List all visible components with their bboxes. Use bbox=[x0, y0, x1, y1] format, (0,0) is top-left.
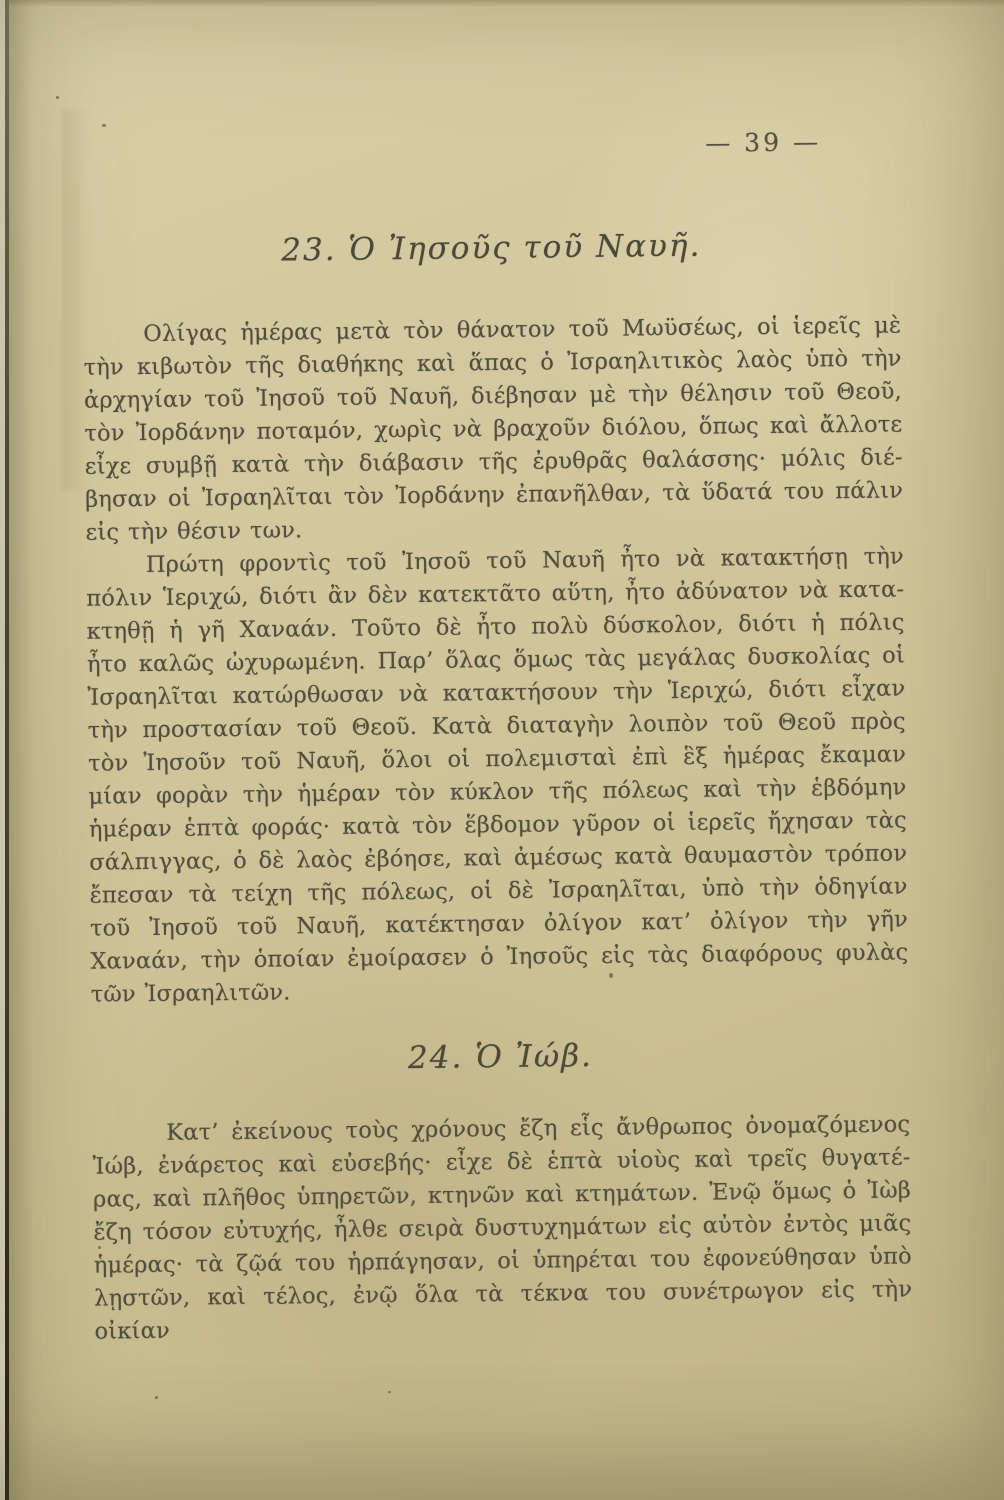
section-heading: 23. Ὁ Ἰησοῦς τοῦ Ναυῆ. bbox=[82, 225, 900, 270]
page-content: — 39 — 23. Ὁ Ἰησοῦς τοῦ Ναυῆ. Ολίγας ἡμέ… bbox=[0, 0, 1004, 1500]
section-heading: 24. Ὁ Ἰώβ. bbox=[91, 1034, 909, 1079]
scanned-book-page: — 39 — 23. Ὁ Ἰησοῦς τοῦ Ναυῆ. Ολίγας ἡμέ… bbox=[0, 0, 1004, 1500]
text-column: 23. Ὁ Ἰησοῦς τοῦ Ναυῆ. Ολίγας ἡμέρας μετ… bbox=[82, 225, 913, 1348]
paragraph: Κατ’ ἐκείνους τοὺς χρόνους ἔζη εἷς ἄνθρω… bbox=[92, 1108, 913, 1348]
text-line: λῃστῶν, καὶ τέλος, ἐνῷ ὅλα τὰ τέκνα του … bbox=[94, 1273, 913, 1348]
page-number: — 39 — bbox=[683, 127, 843, 158]
paragraph: Πρώτη φροντὶς τοῦ Ἰησοῦ τοῦ Ναυῆ ἦτο νὰ … bbox=[86, 540, 909, 1011]
paragraph: Ολίγας ἡμέρας μετὰ τὸν θάνατον τοῦ Μωϋσέ… bbox=[83, 309, 904, 549]
